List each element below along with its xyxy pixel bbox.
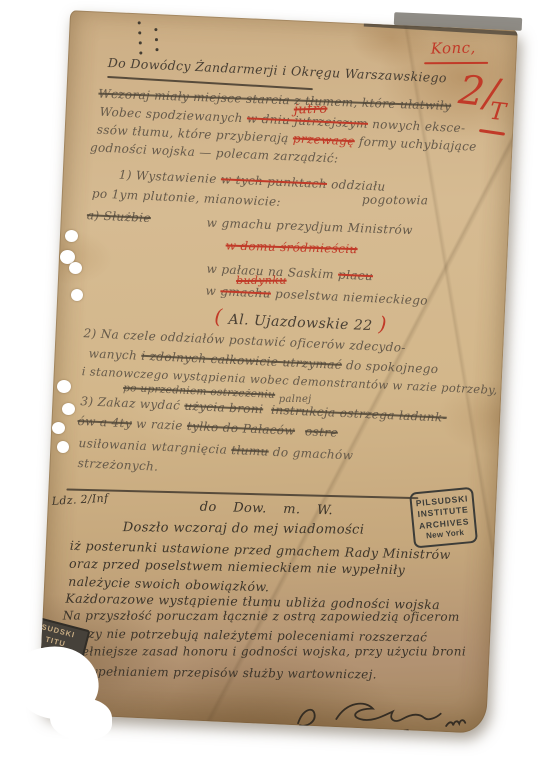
torn-paper-area — [50, 698, 112, 740]
struck-run: tłumu — [231, 443, 269, 459]
draft-struck-item-a: a) Służbie — [87, 209, 152, 225]
document-title: Do Dowódcy Żandarmerji i Okręgu Warszaws… — [108, 56, 448, 85]
struck-red-run: w tych punktach — [221, 172, 328, 191]
text-run: w razie — [132, 416, 188, 432]
text-run: nowych eksce- — [368, 117, 466, 135]
struck-red-run: przewagę — [293, 131, 356, 148]
draft-line: w pałacu na Saskim placu — [206, 263, 373, 284]
letter-line: Doszło wczoraj do mej wiadomości — [123, 521, 365, 538]
file-number-denominator: T — [488, 97, 508, 127]
red-insert-jutro: jutro — [294, 103, 328, 118]
text-run: usiłowania wtargnięcia — [78, 436, 231, 457]
konc-underline — [424, 62, 488, 64]
struck-run: ostre — [305, 424, 338, 439]
ldz-number: Ldz. 2/Inf — [52, 493, 109, 508]
text-run: do gmachów — [268, 445, 353, 463]
draft-line: strzeżonych. — [77, 457, 158, 474]
address-line: (Al. Ujazdowskie 22) — [214, 305, 387, 335]
text-run: Wobec spodziewanych — [99, 105, 247, 126]
struck-run: ów a 4ty — [77, 414, 132, 430]
archive-stamp: PILSUDSKI INSTITUTE ARCHIVES New York — [409, 487, 478, 549]
draft-line: w gmachu prezydjum Ministrów — [206, 217, 413, 238]
letter-line: w pełniejsze zasad honoru i godności woj… — [59, 645, 466, 658]
pencil-insert: palnej — [279, 394, 312, 405]
file-number-mark: 2/T — [456, 68, 517, 118]
struck-run: instrukcja ostrzega ładunk- — [271, 403, 447, 425]
text-run: oddziału — [327, 177, 386, 194]
letter-heading: do Dow. m. W. — [200, 501, 334, 519]
letter-line: oraz przed poselstwem niemieckiem nie wy… — [69, 557, 405, 577]
manuscript-page: Konc, 2/T Do Dowódcy Żandarmerji i Okręg… — [38, 10, 517, 734]
draft-line: po 1ym plutonie, mianowicie: — [92, 187, 282, 209]
insert-pogotowia: pogotowia — [362, 194, 429, 208]
text-run: do spokojnego — [342, 358, 439, 376]
text-run: 3) Zakaz wydać — [80, 394, 185, 413]
draft-line: ów a 4ty w razie tylko do Pałacówostre — [77, 415, 338, 440]
draft-line: w gmachu poselstwa niemieckiego — [205, 285, 428, 308]
text-run: 1) Wystawienie — [118, 168, 221, 187]
file-number-underline — [479, 129, 505, 135]
section-divider-line — [66, 489, 418, 500]
struck-run: użycia broni — [184, 399, 263, 417]
signature — [287, 683, 479, 734]
letter-line: Na przyszłość poruczam łącznie z ostrą z… — [63, 609, 460, 624]
konc-mark: Konc, — [431, 40, 476, 58]
letter-line: wypełnianiem przepisów służby wartownicz… — [80, 665, 377, 681]
struck-run: tylko do Pałaców — [187, 419, 296, 438]
text-run: w — [205, 284, 220, 299]
struck-red-run: placu — [338, 268, 374, 284]
text-run: poselstwa niemieckiego — [271, 287, 429, 308]
letter-line: którzy nie potrzebują należytemi polecen… — [62, 627, 427, 644]
red-paren-close: ) — [378, 312, 387, 336]
red-struck-line: w domu śródmieściu — [225, 239, 357, 256]
address-text: Al. Ujazdowskie 22 — [222, 311, 379, 334]
red-insert-budynku: budynku — [236, 275, 287, 287]
text-run: wanych — [88, 346, 141, 362]
text-run: formy uchybiające — [354, 134, 477, 154]
